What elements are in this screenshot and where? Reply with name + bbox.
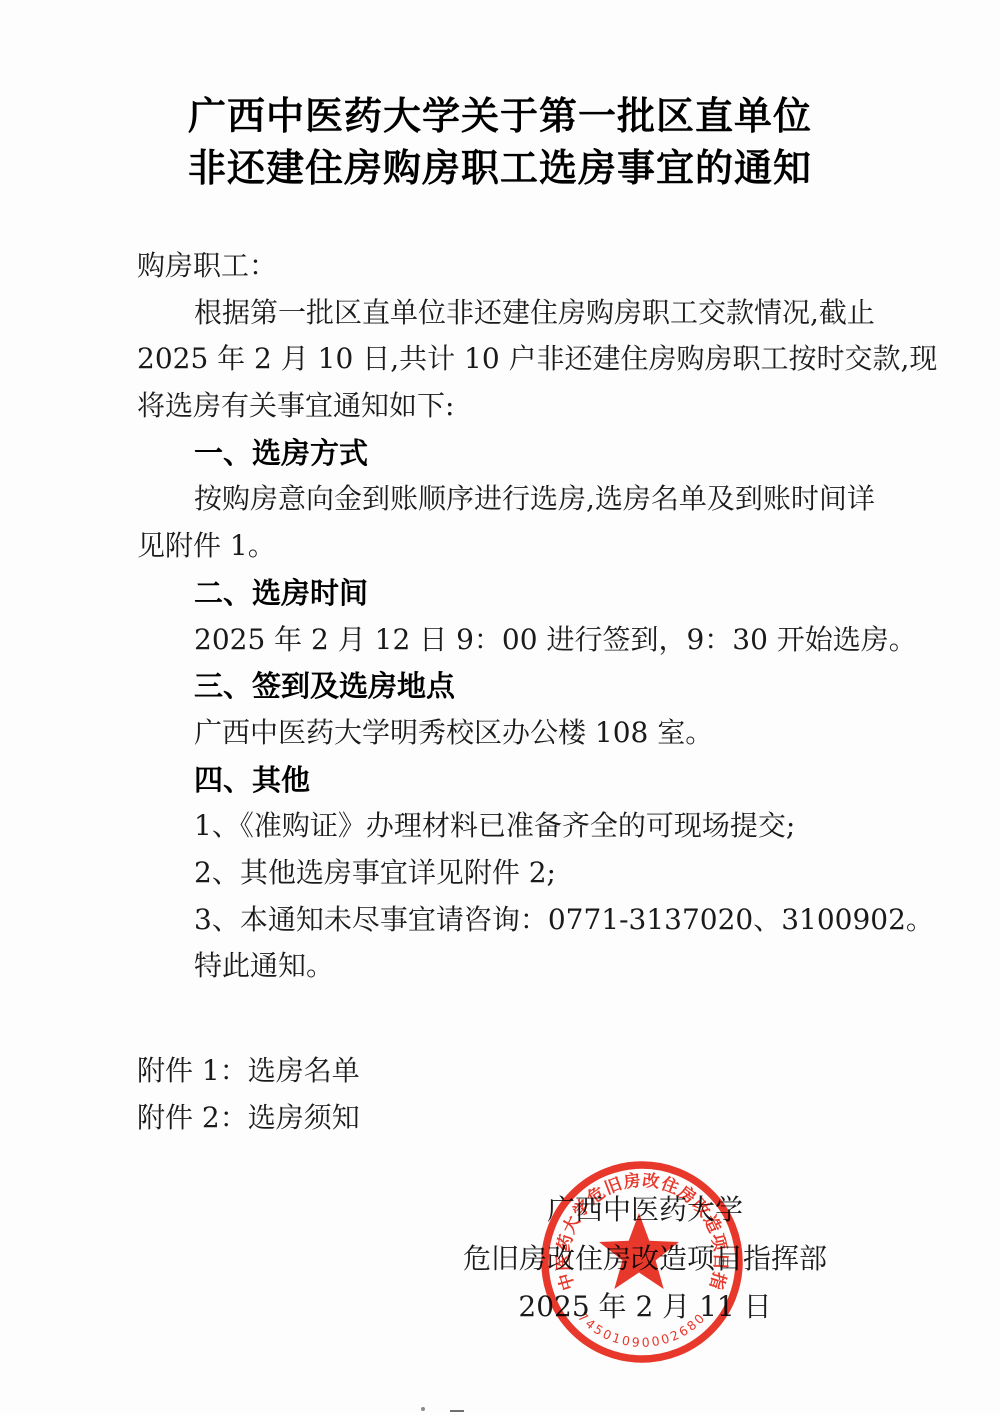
document-line: 一、选房方式 <box>137 430 877 477</box>
document-line: 根据第一批区直单位非还建住房购房职工交款情况,截止 <box>137 290 877 337</box>
attachment-line: 附件 2：选房须知 <box>137 1095 360 1142</box>
document-line: 2025 年 2 月 12 日 9：00 进行签到，9：30 开始选房。 <box>137 617 877 664</box>
document-title: 广西中医药大学关于第一批区直单位 非还建住房购房职工选房事宜的通知 <box>0 90 1000 194</box>
document-line: 三、签到及选房地点 <box>137 663 877 710</box>
document-line: 购房职工： <box>137 243 877 290</box>
document-line: 四、其他 <box>137 757 877 804</box>
document-body: 购房职工： 根据第一批区直单位非还建住房购房职工交款情况,截止 2025 年 2… <box>137 243 877 990</box>
attachment-line: 附件 1：选房名单 <box>137 1048 360 1095</box>
document-line: 2、其他选房事宜详见附件 2; <box>137 850 877 897</box>
seal-star-icon <box>599 1213 679 1289</box>
attachment-list: 附件 1：选房名单 附件 2：选房须知 <box>137 1048 360 1141</box>
document-line: 广西中医药大学明秀校区办公楼 108 室。 <box>137 710 877 757</box>
document-line: 2025 年 2 月 10 日,共计 10 户非还建住房购房职工按时交款,现 <box>137 336 877 383</box>
document-line: 见附件 1。 <box>137 523 877 570</box>
official-seal-stamp: 广西中医药大学危旧房改住房改造项目指挥部 74501090002680 <box>536 1156 748 1368</box>
document-line: 3、本通知未尽事宜请咨询：0771-3137020、3100902。 <box>137 897 877 944</box>
document-line: 特此通知。 <box>137 943 877 990</box>
document-title-line: 非还建住房购房职工选房事宜的通知 <box>0 142 1000 194</box>
document-title-line: 广西中医药大学关于第一批区直单位 <box>0 90 1000 142</box>
document-line: 1、《准购证》办理材料已准备齐全的可现场提交; <box>137 803 877 850</box>
document-line: 按购房意向金到账顺序进行选房,选房名单及到账时间详 <box>137 476 877 523</box>
document-line: 将选房有关事宜通知如下: <box>137 383 877 430</box>
document-line: 二、选房时间 <box>137 570 877 617</box>
scan-artifact-dash <box>450 1410 464 1412</box>
scan-artifact-dot <box>421 1407 425 1411</box>
notice-document-page: 广西中医药大学关于第一批区直单位 非还建住房购房职工选房事宜的通知 购房职工： … <box>0 0 1000 1415</box>
